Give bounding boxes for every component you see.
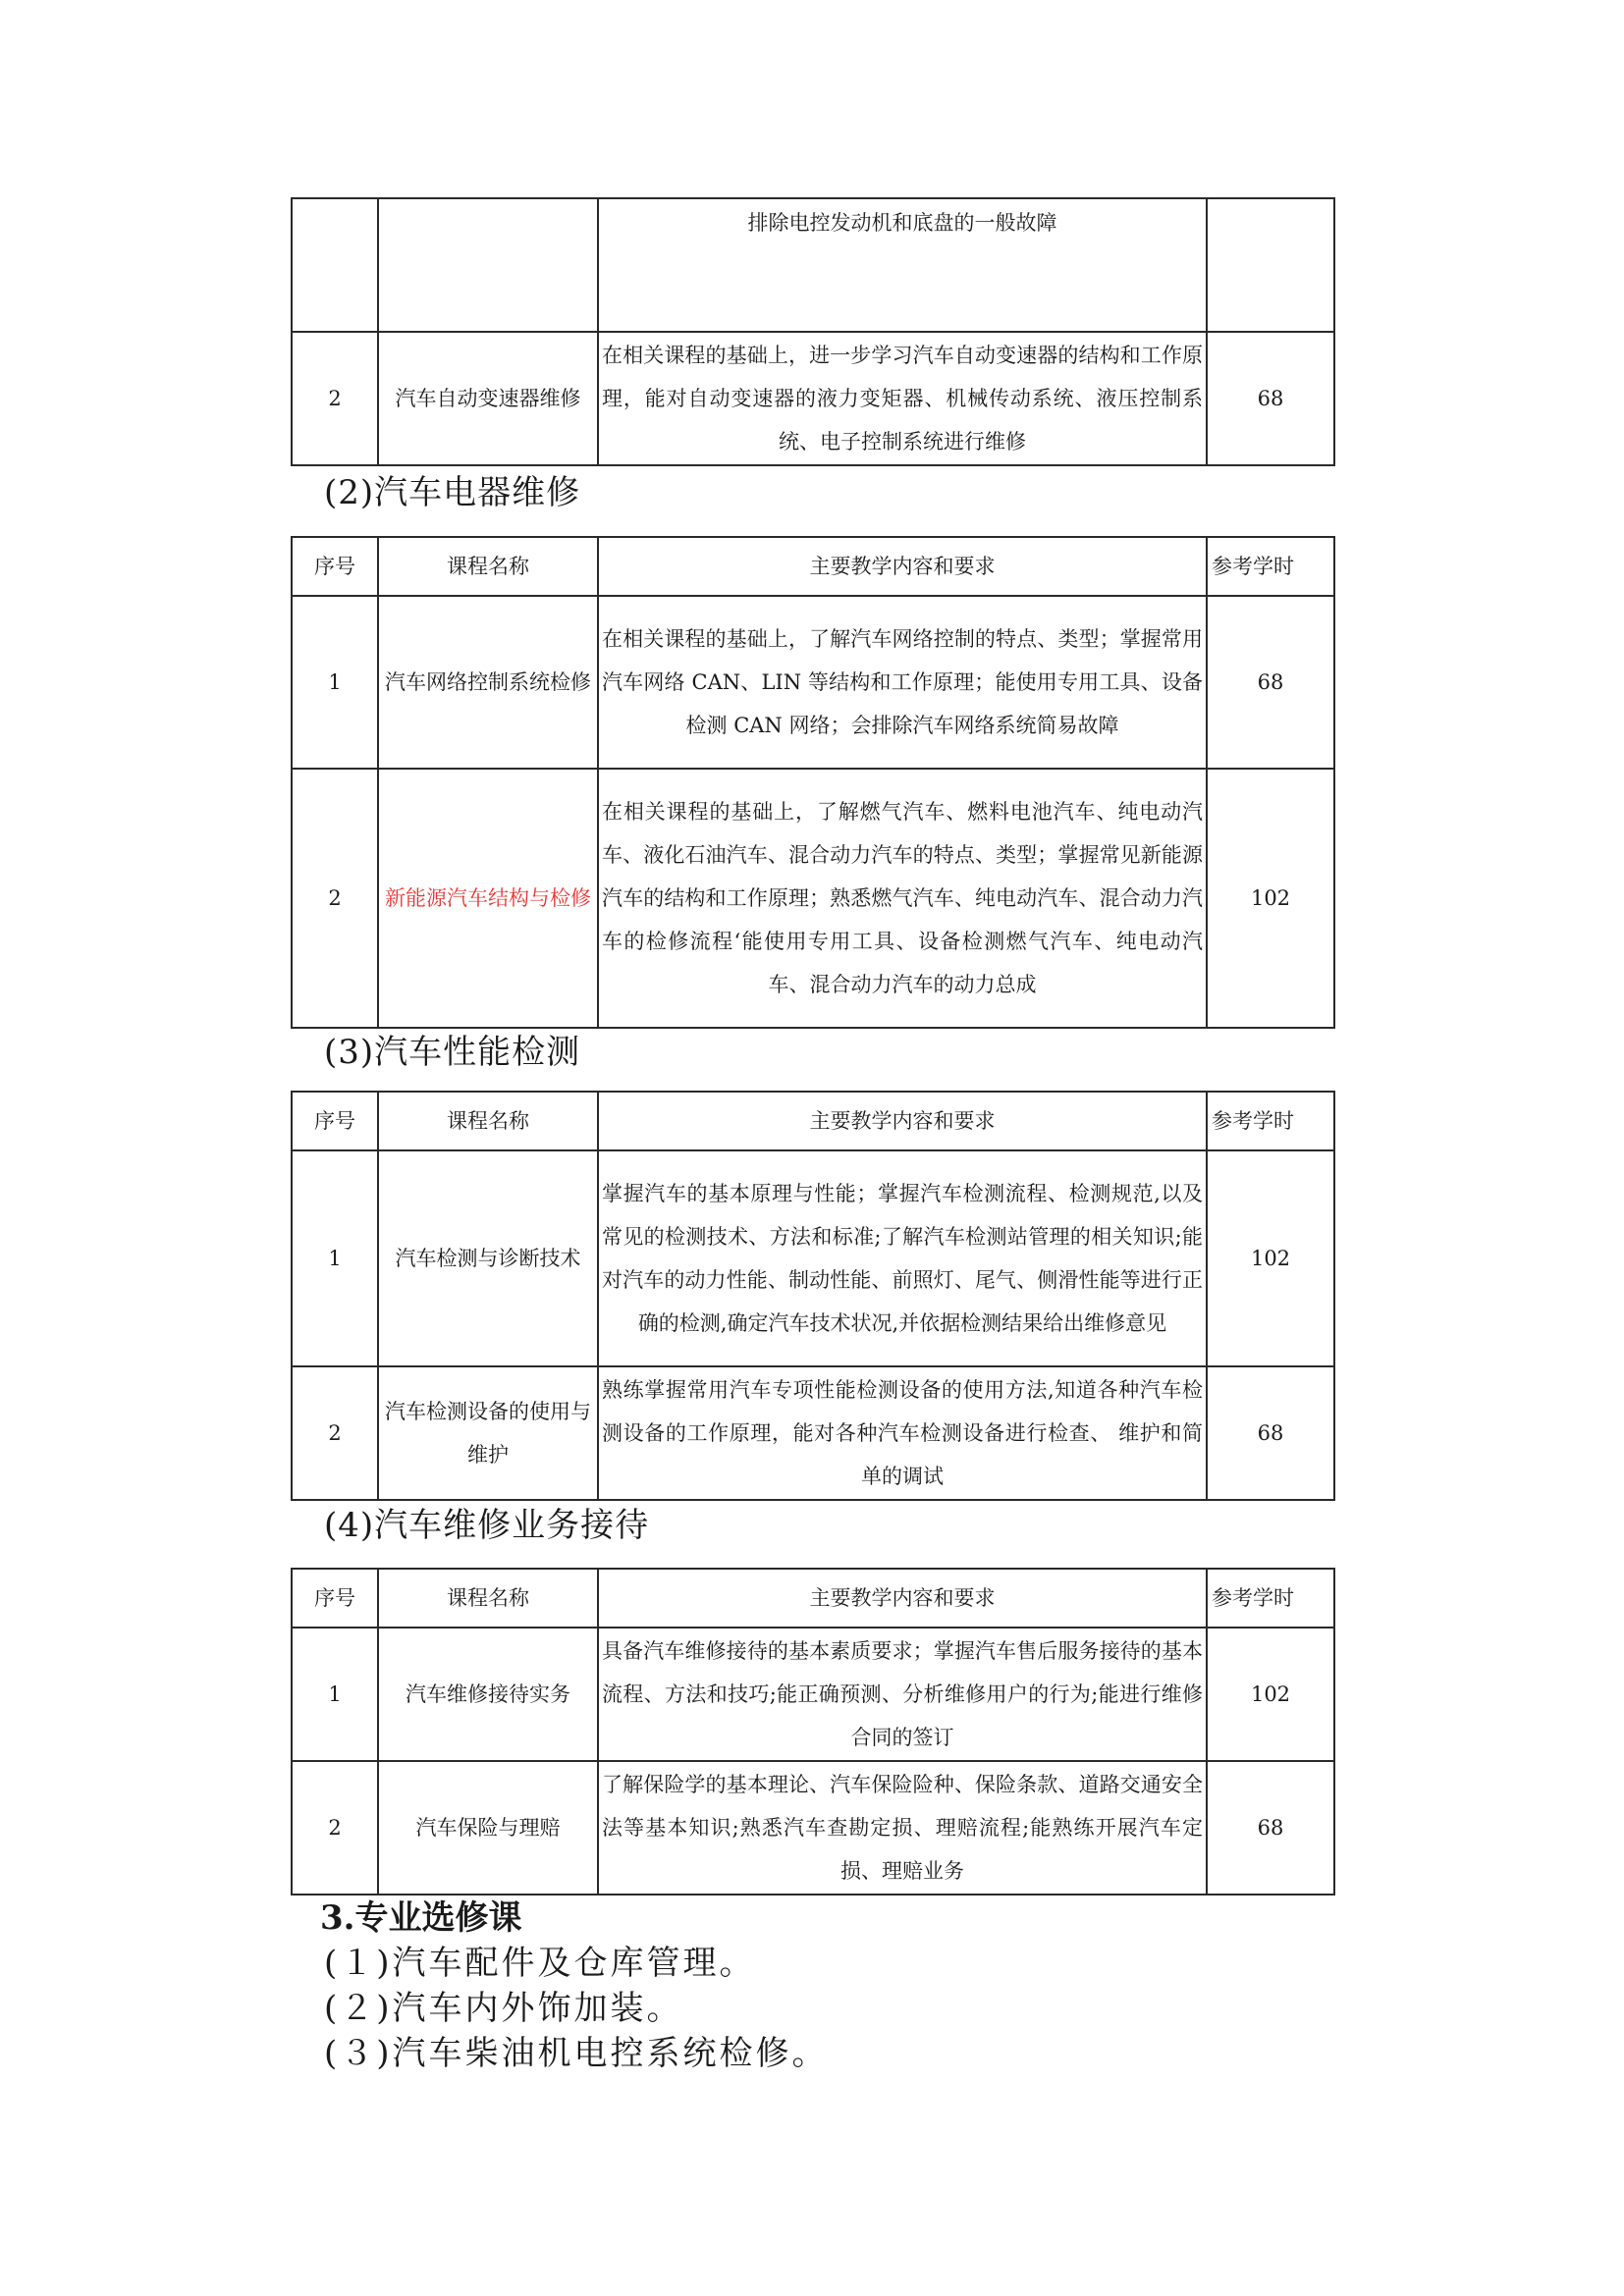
table-row: 2 汽车自动变速器维修 在相关课程的基础上，进一步学习汽车自动变速器的结构和工作… [292, 332, 1334, 465]
table-electrical-repair: 序号 课程名称 主要教学内容和要求 参考学时 1 汽车网络控制系统检修 在相关课… [291, 536, 1335, 1029]
header-content: 主要教学内容和要求 [598, 537, 1207, 596]
cell-no: 1 [292, 1150, 378, 1366]
header-hours: 参考学时 [1207, 537, 1334, 596]
header-name: 课程名称 [378, 537, 598, 596]
cell-content: 在相关课程的基础上，了解汽车网络控制的特点、类型；掌握常用汽车网络 CAN、LI… [598, 596, 1207, 769]
cell-content: 熟练掌握常用汽车专项性能检测设备的使用方法,知道各种汽车检测设备的工作原理，能对… [598, 1366, 1207, 1500]
section-heading-service-reception: (4)汽车维修业务接待 [324, 1504, 649, 1547]
table-row: 1 汽车网络控制系统检修 在相关课程的基础上，了解汽车网络控制的特点、类型；掌握… [292, 596, 1334, 769]
cell-content: 了解保险学的基本理论、汽车保险险种、保险条款、道路交通安全法等基本知识;熟悉汽车… [598, 1761, 1207, 1895]
table-row: 2 汽车检测设备的使用与维护 熟练掌握常用汽车专项性能检测设备的使用方法,知道各… [292, 1366, 1334, 1500]
cell-content: 具备汽车维修接待的基本素质要求；掌握汽车售后服务接待的基本流程、方法和技巧;能正… [598, 1628, 1207, 1761]
table-row: 2 汽车保险与理赔 了解保险学的基本理论、汽车保险险种、保险条款、道路交通安全法… [292, 1761, 1334, 1895]
table-header-row: 序号 课程名称 主要教学内容和要求 参考学时 [292, 1569, 1334, 1628]
cell-hours [1207, 198, 1334, 332]
cell-no: 2 [292, 769, 378, 1028]
cell-no: 2 [292, 332, 378, 465]
table-performance-testing: 序号 课程名称 主要教学内容和要求 参考学时 1 汽车检测与诊断技术 掌握汽车的… [291, 1091, 1335, 1501]
section-heading-electives: 3.专业选修课 [320, 1896, 522, 1940]
table-row: 2 新能源汽车结构与检修 在相关课程的基础上，了解燃气汽车、燃料电池汽车、纯电动… [292, 769, 1334, 1028]
cell-hours: 102 [1207, 769, 1334, 1028]
cell-name-highlighted: 新能源汽车结构与检修 [378, 769, 598, 1028]
table-row: 1 汽车检测与诊断技术 掌握汽车的基本原理与性能；掌握汽车检测流程、检测规范,以… [292, 1150, 1334, 1366]
cell-content: 在相关课程的基础上，了解燃气汽车、燃料电池汽车、纯电动汽车、液化石油汽车、混合动… [598, 769, 1207, 1028]
elective-item: (３)汽车柴油机电控系统检修。 [324, 2032, 829, 2075]
header-hours: 参考学时 [1207, 1092, 1334, 1150]
section-heading-electrical-repair: (2)汽车电器维修 [324, 471, 580, 514]
cell-name: 汽车网络控制系统检修 [378, 596, 598, 769]
table-row: 1 汽车维修接待实务 具备汽车维修接待的基本素质要求；掌握汽车售后服务接待的基本… [292, 1628, 1334, 1761]
header-no: 序号 [292, 537, 378, 596]
cell-hours: 102 [1207, 1628, 1334, 1761]
cell-name: 汽车维修接待实务 [378, 1628, 598, 1761]
header-no: 序号 [292, 1569, 378, 1628]
cell-name: 汽车保险与理赔 [378, 1761, 598, 1895]
header-name: 课程名称 [378, 1092, 598, 1150]
cell-no: 2 [292, 1761, 378, 1895]
elective-item: (２)汽车内外饰加装。 [324, 1987, 683, 2030]
cell-no [292, 198, 378, 332]
cell-hours: 68 [1207, 332, 1334, 465]
table-row: 排除电控发动机和底盘的一般故障 [292, 198, 1334, 332]
table-header-row: 序号 课程名称 主要教学内容和要求 参考学时 [292, 1092, 1334, 1150]
header-name: 课程名称 [378, 1569, 598, 1628]
header-no: 序号 [292, 1092, 378, 1150]
table-automotive-repair-continued: 排除电控发动机和底盘的一般故障 2 汽车自动变速器维修 在相关课程的基础上，进一… [291, 197, 1335, 466]
cell-content: 掌握汽车的基本原理与性能；掌握汽车检测流程、检测规范,以及常见的检测技术、方法和… [598, 1150, 1207, 1366]
elective-item: (１)汽车配件及仓库管理。 [324, 1942, 756, 1985]
cell-hours: 68 [1207, 1366, 1334, 1500]
header-content: 主要教学内容和要求 [598, 1092, 1207, 1150]
cell-name: 汽车检测设备的使用与维护 [378, 1366, 598, 1500]
header-content: 主要教学内容和要求 [598, 1569, 1207, 1628]
cell-hours: 102 [1207, 1150, 1334, 1366]
table-service-reception: 序号 课程名称 主要教学内容和要求 参考学时 1 汽车维修接待实务 具备汽车维修… [291, 1568, 1335, 1896]
cell-content: 排除电控发动机和底盘的一般故障 [598, 198, 1207, 332]
cell-no: 1 [292, 596, 378, 769]
section-heading-performance-testing: (3)汽车性能检测 [324, 1031, 580, 1074]
header-hours: 参考学时 [1207, 1569, 1334, 1628]
cell-name: 汽车检测与诊断技术 [378, 1150, 598, 1366]
table-header-row: 序号 课程名称 主要教学内容和要求 参考学时 [292, 537, 1334, 596]
cell-no: 1 [292, 1628, 378, 1761]
cell-hours: 68 [1207, 1761, 1334, 1895]
cell-hours: 68 [1207, 596, 1334, 769]
cell-content: 在相关课程的基础上，进一步学习汽车自动变速器的结构和工作原理，能对自动变速器的液… [598, 332, 1207, 465]
cell-no: 2 [292, 1366, 378, 1500]
cell-name: 汽车自动变速器维修 [378, 332, 598, 465]
cell-name [378, 198, 598, 332]
